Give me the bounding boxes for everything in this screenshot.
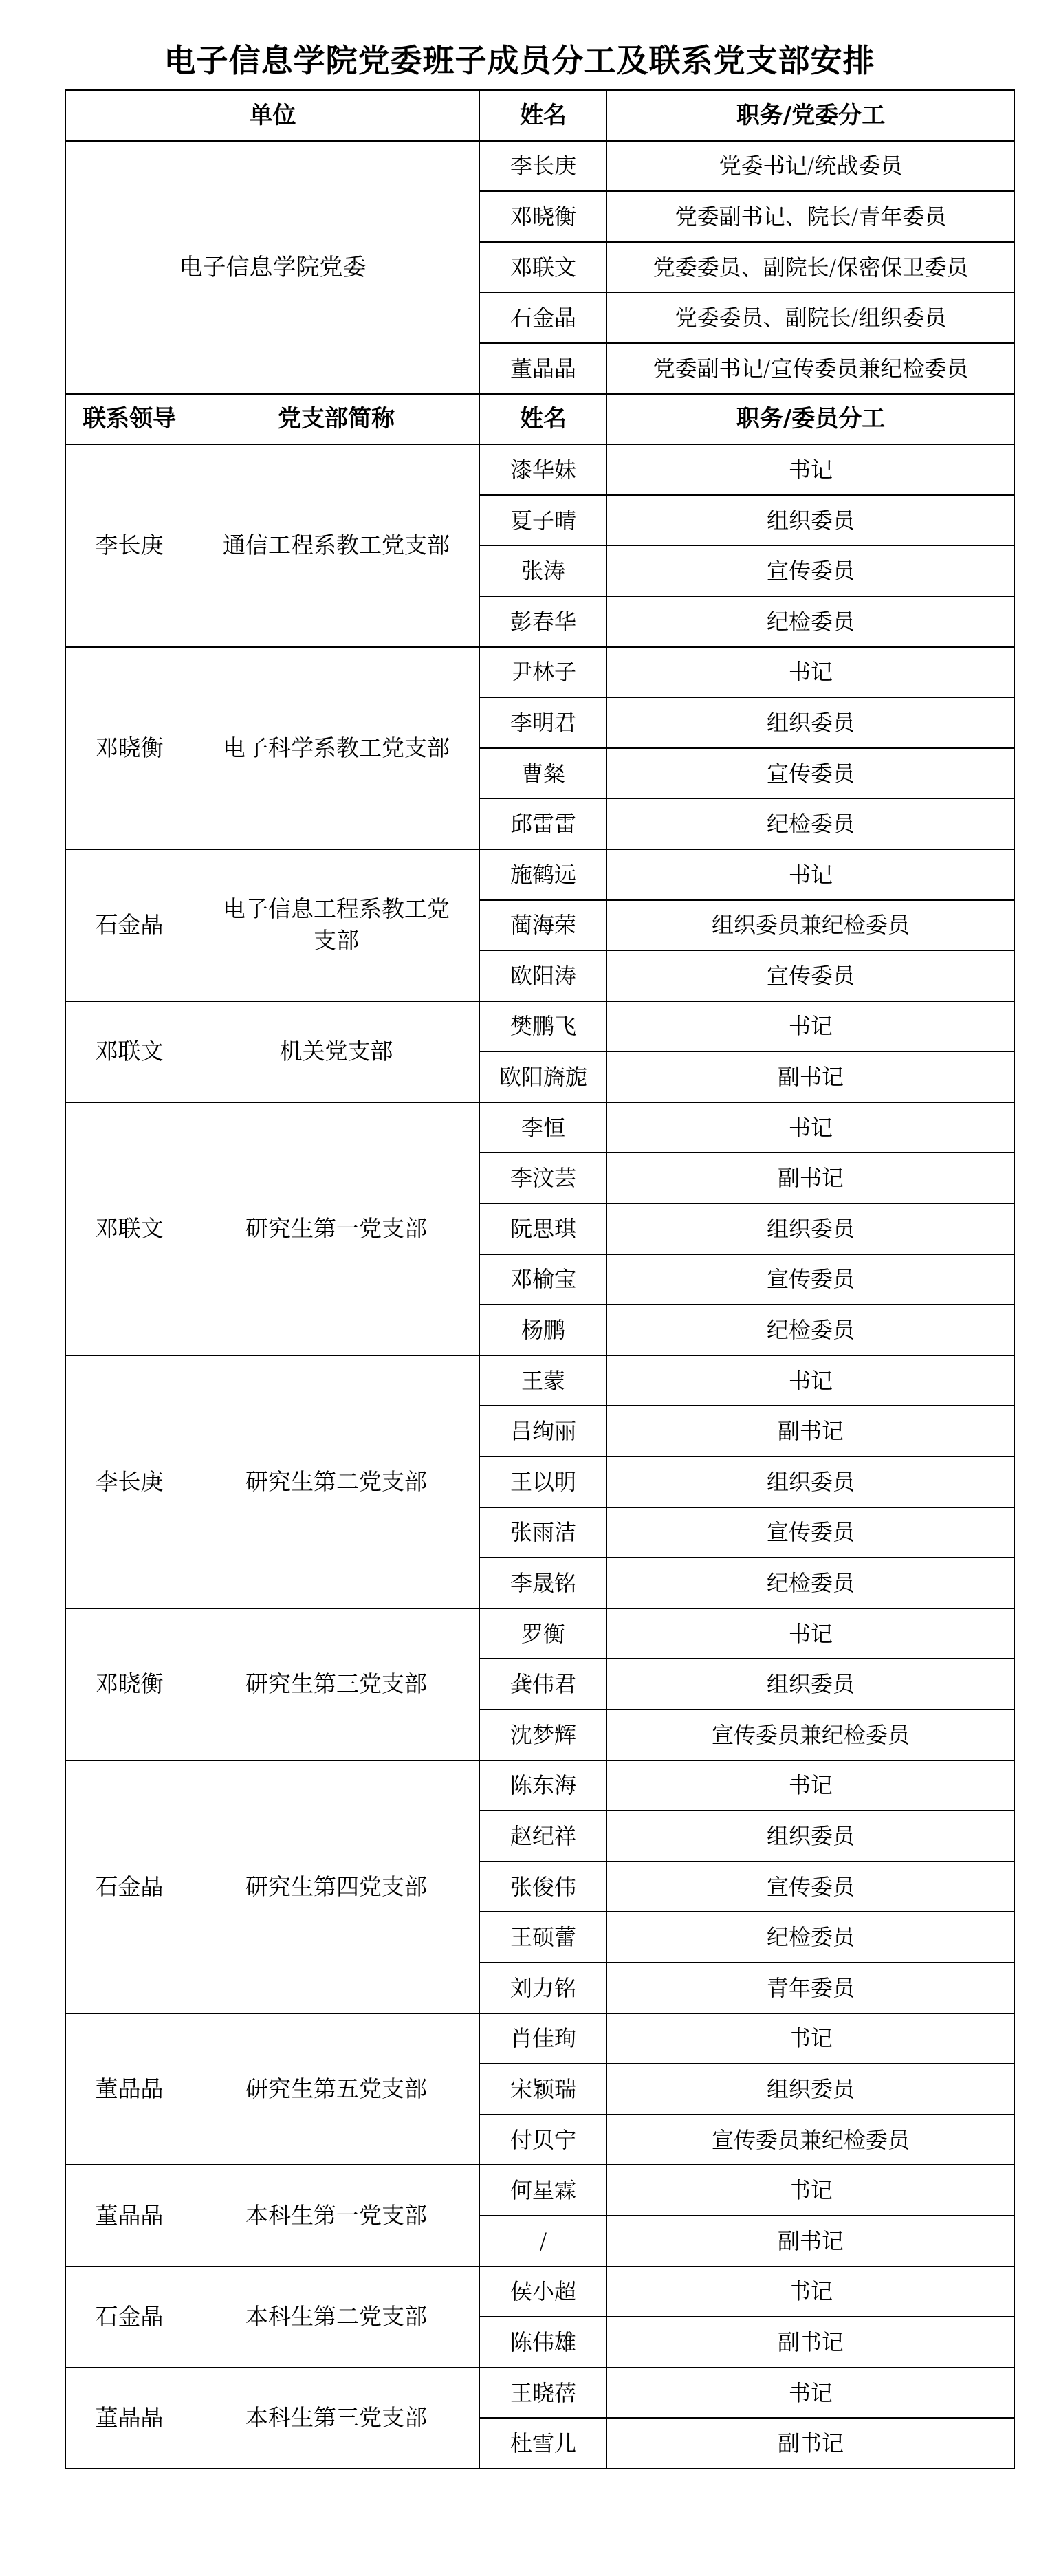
- branch-name: 本科生第三党支部: [193, 2368, 480, 2469]
- member-name: 杜雪儿: [480, 2418, 607, 2469]
- header-duty: 职务/党委分工: [607, 90, 1015, 141]
- branch-name: 研究生第四党支部: [193, 1760, 480, 2013]
- member-duty: 副书记: [607, 2418, 1015, 2469]
- branch-member-row: 邓联文研究生第一党支部李恒书记: [66, 1102, 1015, 1153]
- member-name: 李明君: [480, 697, 607, 748]
- member-name: 邓联文: [480, 242, 607, 293]
- member-name: 罗衡: [480, 1608, 607, 1659]
- branch-name: 机关党支部: [193, 1001, 480, 1102]
- contact-leader: 董晶晶: [66, 2165, 193, 2266]
- member-duty: 党委副书记/宣传委员兼纪检委员: [607, 343, 1015, 394]
- member-duty: 宣传委员: [607, 950, 1015, 1001]
- branches-header-row: 联系领导 党支部简称 姓名 职务/委员分工: [66, 394, 1015, 445]
- member-name: 夏子晴: [480, 495, 607, 546]
- member-name: 何星霖: [480, 2165, 607, 2216]
- member-name: 刘力铭: [480, 1963, 607, 2013]
- contact-leader: 董晶晶: [66, 2368, 193, 2469]
- member-duty: 组织委员: [607, 1659, 1015, 1710]
- header-duty: 职务/委员分工: [607, 394, 1015, 445]
- committee-header-row: 单位 姓名 职务/党委分工: [66, 90, 1015, 141]
- member-duty: 宣传委员: [607, 748, 1015, 799]
- member-duty: 副书记: [607, 1406, 1015, 1456]
- branch-member-row: 石金晶研究生第四党支部陈东海书记: [66, 1760, 1015, 1811]
- member-duty: 宣传委员: [607, 545, 1015, 596]
- header-unit: 单位: [66, 90, 480, 141]
- member-name: 李汶芸: [480, 1153, 607, 1203]
- member-name: 张雨洁: [480, 1507, 607, 1558]
- member-name: 王蒙: [480, 1355, 607, 1406]
- member-name: 阮思琪: [480, 1203, 607, 1254]
- member-duty: 宣传委员: [607, 1507, 1015, 1558]
- member-name: 龚伟君: [480, 1659, 607, 1710]
- member-duty: 书记: [607, 647, 1015, 698]
- member-name: 杨鹏: [480, 1305, 607, 1355]
- arrangement-table: 单位 姓名 职务/党委分工 电子信息学院党委 李长庚 党委书记/统战委员 邓晓衡…: [65, 89, 1015, 2469]
- member-duty: 书记: [607, 1001, 1015, 1052]
- member-name: 欧阳涛: [480, 950, 607, 1001]
- member-name: 侯小超: [480, 2267, 607, 2317]
- contact-leader: 李长庚: [66, 444, 193, 646]
- member-name: 陈伟雄: [480, 2317, 607, 2368]
- member-name: 吕绚丽: [480, 1406, 607, 1456]
- member-duty: 副书记: [607, 1153, 1015, 1203]
- member-name: 李长庚: [480, 141, 607, 192]
- member-duty: 青年委员: [607, 1963, 1015, 2013]
- branch-member-row: 董晶晶研究生第五党支部肖佳珣书记: [66, 2013, 1015, 2064]
- member-duty: 副书记: [607, 2317, 1015, 2368]
- member-name: 肖佳珣: [480, 2013, 607, 2064]
- member-duty: 组织委员: [607, 2064, 1015, 2115]
- branch-member-row: 邓晓衡研究生第三党支部罗衡书记: [66, 1608, 1015, 1659]
- branch-name: 研究生第三党支部: [193, 1608, 480, 1760]
- member-duty: 党委委员、副院长/保密保卫委员: [607, 242, 1015, 293]
- member-name: 王以明: [480, 1456, 607, 1507]
- contact-leader: 邓联文: [66, 1102, 193, 1355]
- member-name: 付贝宁: [480, 2115, 607, 2165]
- member-duty: 宣传委员兼纪检委员: [607, 2115, 1015, 2165]
- member-name: 沈梦辉: [480, 1710, 607, 1760]
- contact-leader: 邓晓衡: [66, 1608, 193, 1760]
- member-duty: 纪检委员: [607, 1305, 1015, 1355]
- member-name: 尹林子: [480, 647, 607, 698]
- branch-name: 研究生第一党支部: [193, 1102, 480, 1355]
- member-name: 樊鹏飞: [480, 1001, 607, 1052]
- branch-name: 电子科学系教工党支部: [193, 647, 480, 849]
- member-duty: 书记: [607, 2013, 1015, 2064]
- member-name: 赵纪祥: [480, 1811, 607, 1862]
- header-leader: 联系领导: [66, 394, 193, 445]
- member-duty: 书记: [607, 444, 1015, 495]
- member-duty: 书记: [607, 1608, 1015, 1659]
- member-name: 欧阳旖旎: [480, 1051, 607, 1102]
- member-name: /: [480, 2216, 607, 2267]
- member-name: 陈东海: [480, 1760, 607, 1811]
- member-duty: 宣传委员: [607, 1862, 1015, 1912]
- member-name: 邓榆宝: [480, 1254, 607, 1305]
- contact-leader: 石金晶: [66, 849, 193, 1001]
- member-name: 王硕蕾: [480, 1912, 607, 1963]
- member-duty: 副书记: [607, 2216, 1015, 2267]
- contact-leader: 邓晓衡: [66, 647, 193, 849]
- member-duty: 书记: [607, 2165, 1015, 2216]
- member-name: 彭春华: [480, 596, 607, 647]
- branch-member-row: 董晶晶本科生第一党支部何星霖书记: [66, 2165, 1015, 2216]
- member-duty: 纪检委员: [607, 1558, 1015, 1608]
- document-title: 电子信息学院党委班子成员分工及联系党支部安排: [0, 40, 1039, 81]
- member-duty: 组织委员: [607, 697, 1015, 748]
- member-name: 宋颖瑞: [480, 2064, 607, 2115]
- branch-name: 本科生第一党支部: [193, 2165, 480, 2266]
- branch-name: 本科生第二党支部: [193, 2267, 480, 2368]
- branch-member-row: 石金晶电子信息工程系教工党支部施鹤远书记: [66, 849, 1015, 900]
- member-duty: 书记: [607, 1760, 1015, 1811]
- member-name: 石金晶: [480, 292, 607, 343]
- member-name: 张涛: [480, 545, 607, 596]
- member-name: 董晶晶: [480, 343, 607, 394]
- member-name: 王晓蓓: [480, 2368, 607, 2419]
- member-duty: 党委书记/统战委员: [607, 141, 1015, 192]
- member-duty: 党委副书记、院长/青年委员: [607, 191, 1015, 242]
- branch-name: 研究生第二党支部: [193, 1355, 480, 1608]
- header-branch: 党支部简称: [193, 394, 480, 445]
- member-name: 邓晓衡: [480, 191, 607, 242]
- member-duty: 党委委员、副院长/组织委员: [607, 292, 1015, 343]
- member-duty: 组织委员: [607, 1456, 1015, 1507]
- committee-row: 电子信息学院党委 李长庚 党委书记/统战委员: [66, 141, 1015, 192]
- member-duty: 宣传委员兼纪检委员: [607, 1710, 1015, 1760]
- member-duty: 纪检委员: [607, 1912, 1015, 1963]
- member-name: 李晟铭: [480, 1558, 607, 1608]
- branch-member-row: 石金晶本科生第二党支部侯小超书记: [66, 2267, 1015, 2317]
- member-duty: 书记: [607, 1355, 1015, 1406]
- member-name: 李恒: [480, 1102, 607, 1153]
- branch-member-row: 李长庚研究生第二党支部王蒙书记: [66, 1355, 1015, 1406]
- member-name: 漆华妹: [480, 444, 607, 495]
- member-duty: 组织委员: [607, 1203, 1015, 1254]
- member-name: 张俊伟: [480, 1862, 607, 1912]
- header-name: 姓名: [480, 90, 607, 141]
- contact-leader: 石金晶: [66, 1760, 193, 2013]
- branch-member-row: 邓联文机关党支部樊鹏飞书记: [66, 1001, 1015, 1052]
- contact-leader: 董晶晶: [66, 2013, 193, 2165]
- contact-leader: 李长庚: [66, 1355, 193, 1608]
- member-duty: 副书记: [607, 1051, 1015, 1102]
- contact-leader: 石金晶: [66, 2267, 193, 2368]
- member-duty: 组织委员兼纪检委员: [607, 900, 1015, 951]
- contact-leader: 邓联文: [66, 1001, 193, 1102]
- branch-name: 电子信息工程系教工党支部: [193, 849, 480, 1001]
- member-name: 邱雷雷: [480, 798, 607, 849]
- branch-name: 通信工程系教工党支部: [193, 444, 480, 646]
- branch-name: 研究生第五党支部: [193, 2013, 480, 2165]
- member-duty: 纪检委员: [607, 798, 1015, 849]
- member-duty: 宣传委员: [607, 1254, 1015, 1305]
- header-name: 姓名: [480, 394, 607, 445]
- branch-member-row: 邓晓衡电子科学系教工党支部尹林子书记: [66, 647, 1015, 698]
- member-duty: 书记: [607, 1102, 1015, 1153]
- member-duty: 书记: [607, 2267, 1015, 2317]
- member-name: 施鹤远: [480, 849, 607, 900]
- member-duty: 纪检委员: [607, 596, 1015, 647]
- member-name: 蔺海荣: [480, 900, 607, 951]
- branch-member-row: 李长庚通信工程系教工党支部漆华妹书记: [66, 444, 1015, 495]
- committee-unit: 电子信息学院党委: [66, 141, 480, 394]
- member-duty: 组织委员: [607, 1811, 1015, 1862]
- member-duty: 组织委员: [607, 495, 1015, 546]
- member-duty: 书记: [607, 849, 1015, 900]
- branch-member-row: 董晶晶本科生第三党支部王晓蓓书记: [66, 2368, 1015, 2419]
- member-name: 曹粲: [480, 748, 607, 799]
- member-duty: 书记: [607, 2368, 1015, 2419]
